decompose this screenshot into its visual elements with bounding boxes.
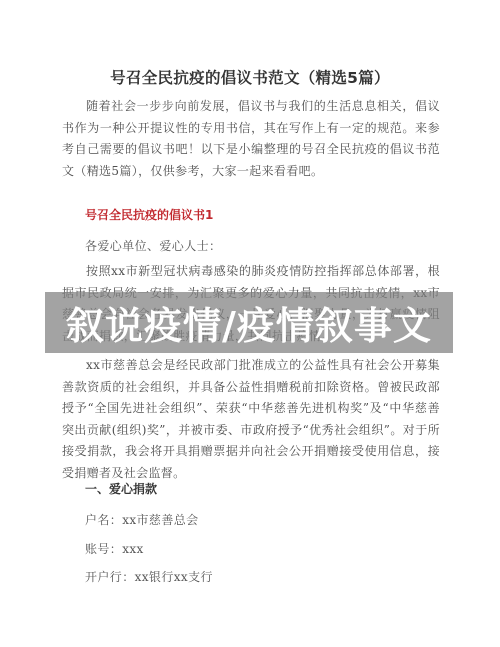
section-heading-1: 号召全民抗疫的倡议书1 <box>85 206 213 223</box>
account-number: 账号：xxx <box>85 540 144 557</box>
donation-heading: 一、爱心捐款 <box>85 480 157 497</box>
title-overlay-banner: 叙说疫情/疫情叙事文 <box>45 292 453 353</box>
bank-branch: 开户行：xx银行xx支行 <box>85 568 213 585</box>
account-name: 户名：xx市慈善总会 <box>85 511 199 528</box>
salutation: 各爱心单位、爱心人士： <box>85 237 221 254</box>
body-paragraph-2: xx市慈善总会是经民政部门批准成立的公益性具有社会公开募集善款资质的社会组织，并… <box>62 355 440 484</box>
document-title: 号召全民抗疫的倡议书范文（精选5篇） <box>0 66 500 88</box>
intro-paragraph: 随着社会一步步向前发展，倡议书与我们的生活息息相关，倡议书作为一种公开提议性的专… <box>62 96 440 182</box>
banner-text: 叙说疫情/疫情叙事文 <box>66 295 432 350</box>
